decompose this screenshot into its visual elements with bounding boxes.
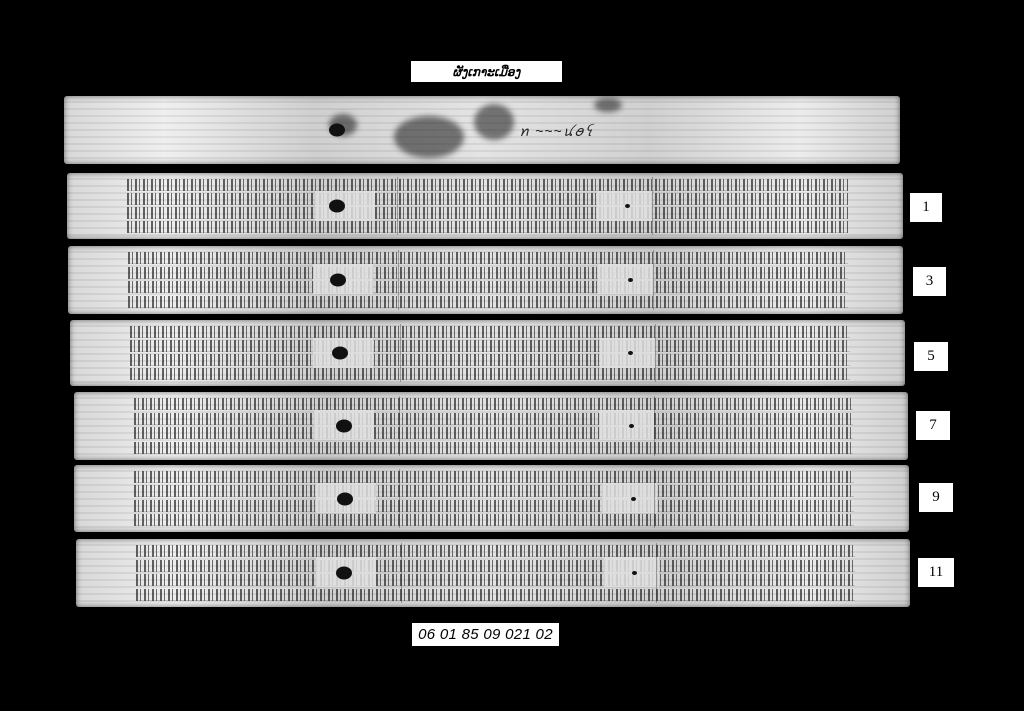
catalog-code-label: 06 01 85 09 021 02 [412, 623, 559, 646]
cover-inscription: ꪀ ~~~ꪙꪮꪺ [519, 118, 593, 147]
hole-margin [598, 264, 653, 294]
page-number-3: 3 [913, 267, 946, 296]
binding-hole [330, 274, 346, 287]
text-line [127, 193, 848, 205]
text-line [136, 560, 855, 572]
ruling-line [653, 250, 654, 310]
text-line [134, 471, 854, 483]
ruling-line [399, 469, 400, 528]
text-line [128, 281, 848, 293]
text-lines [134, 398, 853, 454]
ruling-line [397, 177, 398, 235]
manuscript-leaf-3 [68, 246, 903, 314]
ruling-line [656, 543, 657, 603]
binding-dot [628, 351, 633, 355]
hole-margin [599, 410, 654, 440]
manuscript-leaf-9 [74, 465, 909, 532]
manuscript-leaf-11 [76, 539, 910, 607]
binding-dot [631, 497, 636, 501]
binding-hole [336, 567, 352, 580]
title-label: ຜັງເກາະເມືອງ [411, 61, 562, 82]
binding-hole [337, 492, 353, 505]
text-line [134, 413, 853, 425]
text-line [128, 267, 848, 279]
text-line [136, 545, 855, 557]
text-line [128, 252, 848, 264]
ruling-line [400, 324, 401, 382]
text-line [130, 326, 850, 338]
ruling-line [654, 396, 655, 456]
hole-margin [602, 483, 657, 513]
text-line [136, 574, 855, 586]
stain [594, 98, 622, 112]
page-number-1: 1 [910, 193, 942, 222]
text-line [130, 368, 850, 380]
binding-hole [329, 200, 345, 213]
text-line [130, 340, 850, 352]
hole-margin [315, 191, 375, 221]
cover-leaf: ꪀ ~~~ꪙꪮꪺ [64, 96, 900, 164]
page-number-5: 5 [914, 342, 948, 371]
text-line [130, 354, 850, 366]
binding-dot [632, 571, 637, 575]
text-line [134, 485, 854, 497]
text-lines [136, 545, 855, 601]
binding-dot [625, 204, 630, 208]
text-lines [130, 326, 850, 380]
text-line [128, 296, 848, 308]
ruling-line [399, 396, 400, 456]
page-number-9: 9 [919, 483, 953, 512]
ruling-line [655, 324, 656, 382]
text-lines [128, 252, 848, 308]
binding-hole [329, 124, 345, 137]
binding-hole [332, 347, 348, 360]
stain [394, 116, 464, 158]
text-line [134, 427, 853, 439]
text-line [127, 179, 848, 191]
binding-dot [629, 424, 634, 428]
ruling-line [398, 250, 399, 310]
text-line [127, 207, 848, 219]
page-number-7: 7 [916, 411, 950, 440]
binding-dot [628, 278, 633, 282]
stain [474, 104, 514, 140]
ruling-line [652, 177, 653, 235]
text-lines [127, 179, 848, 233]
text-lines [134, 471, 854, 526]
ruling-line [654, 469, 655, 528]
text-line [127, 221, 848, 233]
manuscript-leaf-5 [70, 320, 905, 386]
text-line [134, 398, 853, 410]
page-number-11: 11 [918, 558, 954, 587]
text-line [136, 589, 855, 601]
text-line [134, 442, 853, 454]
manuscript-leaf-7 [74, 392, 908, 460]
ruling-line [401, 543, 402, 603]
manuscript-leaf-1 [67, 173, 903, 239]
text-line [134, 514, 854, 526]
text-line [134, 500, 854, 512]
binding-hole [336, 420, 352, 433]
